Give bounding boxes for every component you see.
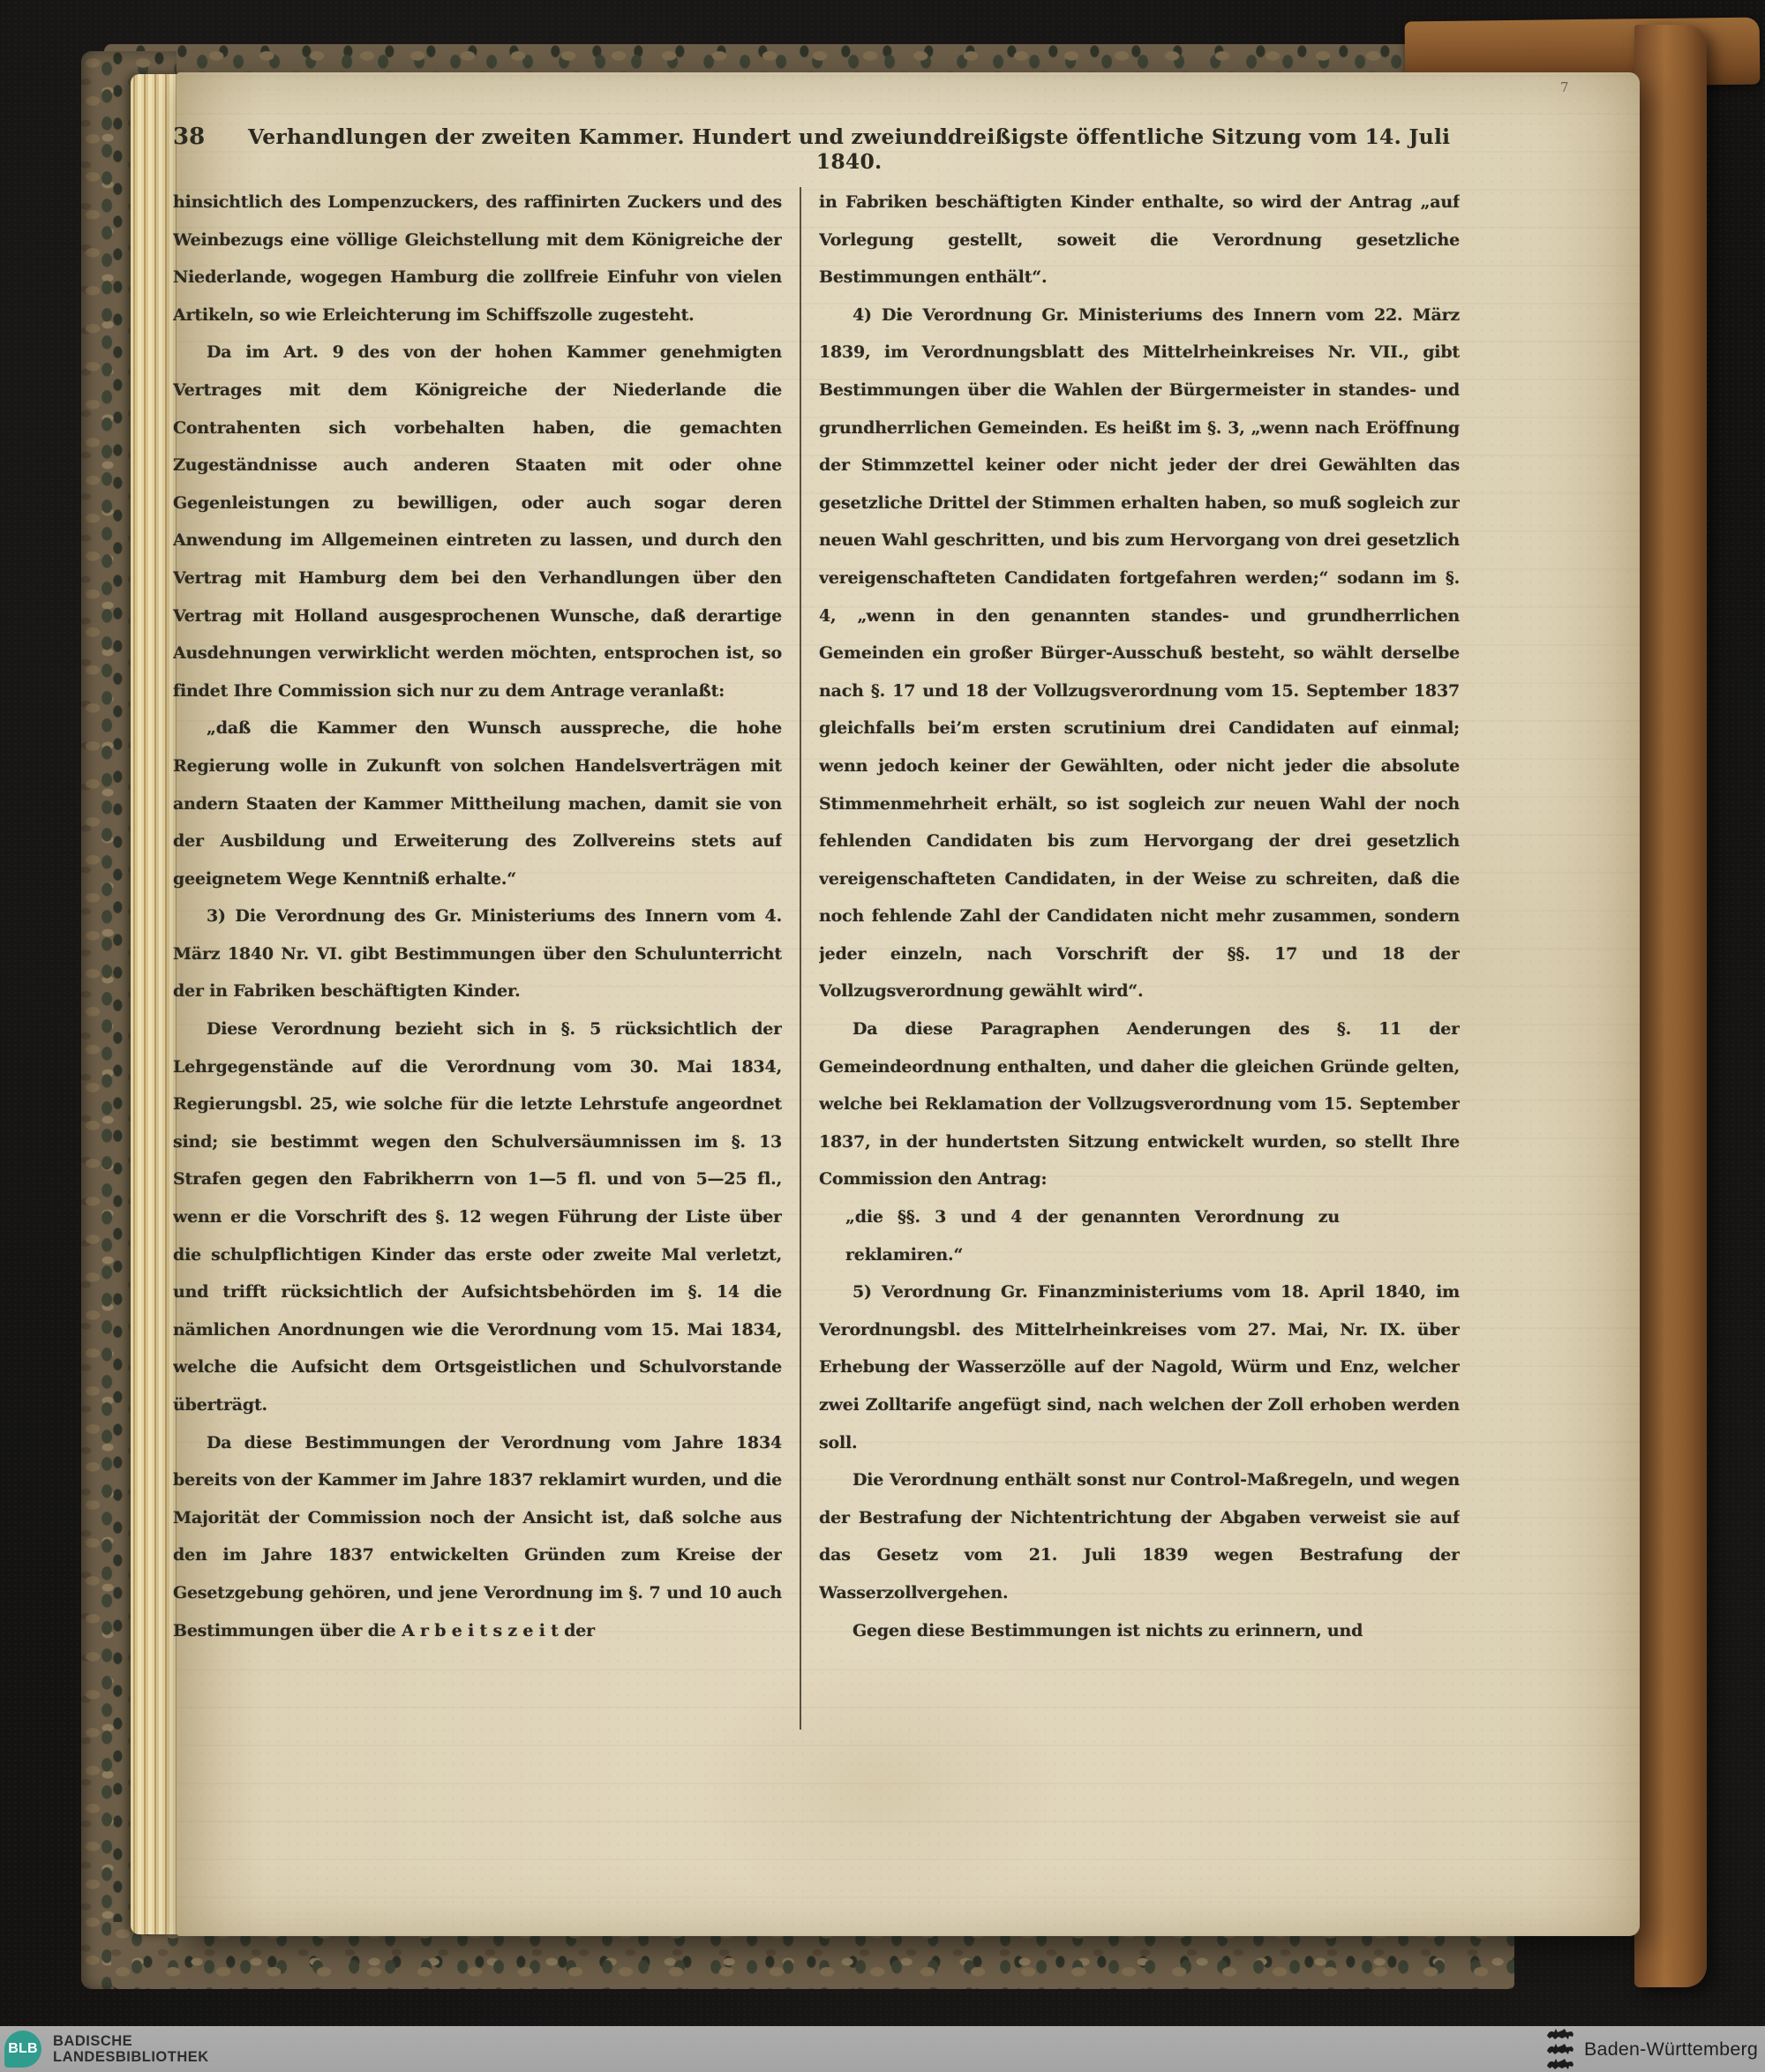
- paragraph: Da diese Bestimmungen der Verordnung vom…: [173, 1424, 782, 1650]
- state-name: Baden-Württemberg: [1584, 2038, 1758, 2061]
- paragraph: in Fabriken beschäftigten Kinder enthalt…: [819, 184, 1460, 297]
- paragraph-quote: „daß die Kammer den Wunsch ausspreche, d…: [173, 709, 782, 897]
- paragraph: Diese Verordnung bezieht sich in §. 5 rü…: [173, 1010, 782, 1424]
- running-title: Verhandlungen der zweiten Kammer. Hunder…: [235, 124, 1463, 174]
- margin-mark: 7: [1560, 79, 1569, 95]
- bw-three-lions-icon: [1545, 2027, 1575, 2071]
- paragraph: Die Verordnung enthält sonst nur Control…: [819, 1461, 1460, 1611]
- left-column: hinsichtlich des Lompenzuckers, des raff…: [173, 184, 782, 1738]
- paragraph: 5) Verordnung Gr. Finanzministeriums vom…: [819, 1273, 1460, 1461]
- paragraph: Da im Art. 9 des von der hohen Kammer ge…: [173, 334, 782, 709]
- library-name-line1: BADISCHE: [53, 2033, 209, 2049]
- right-column: in Fabriken beschäftigten Kinder enthalt…: [819, 184, 1460, 1920]
- paragraph: Gegen diese Bestimmungen ist nichts zu e…: [819, 1612, 1460, 1650]
- paragraph: hinsichtlich des Lompenzuckers, des raff…: [173, 184, 782, 334]
- library-name-line2: LANDESBIBLIOTHEK: [53, 2049, 209, 2065]
- paragraph: 4) Die Verordnung Gr. Ministeriums des I…: [819, 297, 1460, 1010]
- column-divider-rule: [800, 187, 801, 1730]
- blb-logo: BLB: [4, 2031, 41, 2068]
- page-header: 38 Verhandlungen der zweiten Kammer. Hun…: [173, 124, 1463, 174]
- library-name: BADISCHE LANDESBIBLIOTHEK: [53, 2033, 209, 2065]
- blb-logo-text: BLB: [8, 2041, 37, 2057]
- paragraph: 3) Die Verordnung des Gr. Ministeriums d…: [173, 897, 782, 1010]
- paragraph-quote: „die §§. 3 und 4 der genannten Verordnun…: [845, 1198, 1340, 1273]
- footer-bar: BLB BADISCHE LANDESBIBLIOTHEK Baden-Würt…: [0, 2026, 1765, 2072]
- page-number: 38: [173, 124, 205, 150]
- state-logo: Baden-Württemberg: [1545, 2026, 1758, 2072]
- book-photo: 7 38 Verhandlungen der zweiten Kammer. H…: [0, 0, 1765, 2072]
- paragraph: Da diese Paragraphen Aenderungen des §. …: [819, 1010, 1460, 1198]
- leather-spine-right: [1634, 25, 1707, 1987]
